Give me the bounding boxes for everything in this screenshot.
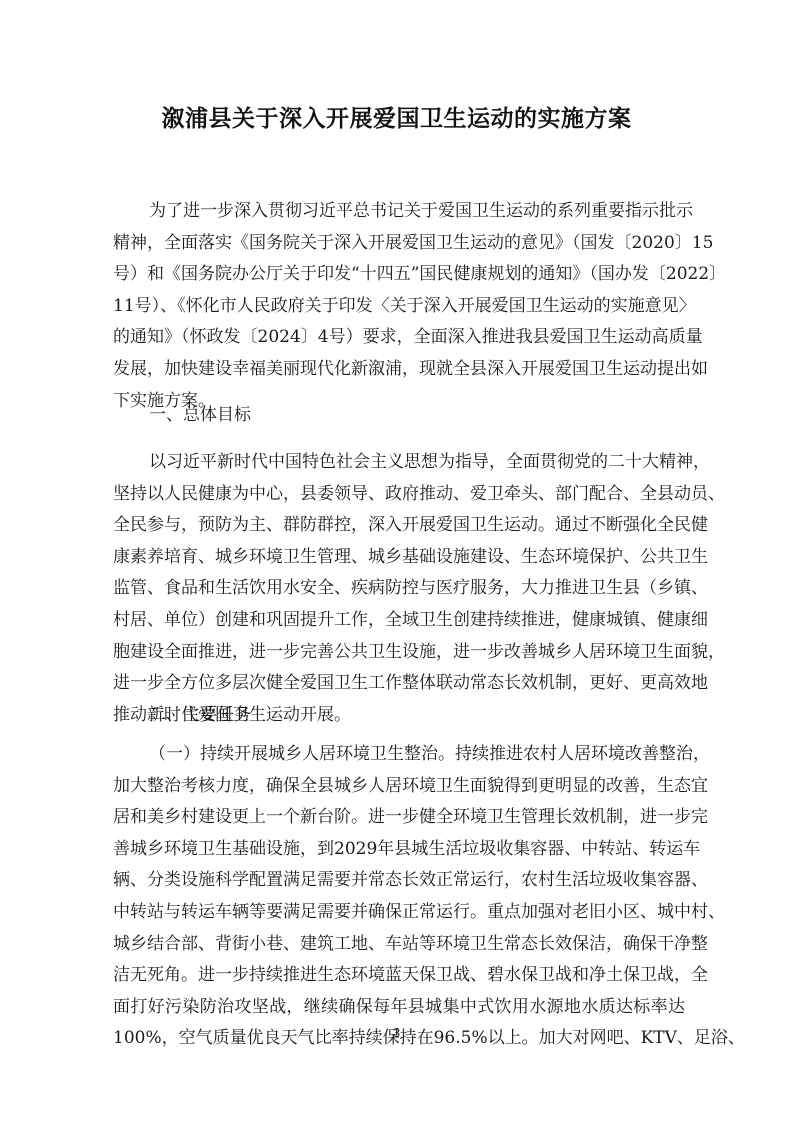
page-number: 3 — [0, 1025, 793, 1040]
paragraph-line: 面打好污染防治攻坚战，继续确保每年县城集中式饮用水源地水质达标率达 — [113, 992, 685, 1024]
document-page: 溆浦县关于深入开展爱国卫生运动的实施方案 为了进一步深入贯彻习近平总书记关于爱国… — [0, 0, 793, 1122]
document-title: 溆浦县关于深入开展爱国卫生运动的实施方案 — [0, 100, 793, 133]
paragraph-line: 康素养培育、城乡环境卫生管理、城乡基础设施建设、生态环境保护、公共卫生 — [113, 542, 685, 574]
paragraph-line: 村居、单位）创建和巩固提升工作，全域卫生创建持续推进，健康城镇、健康细 — [113, 605, 685, 637]
paragraph-line: 洁无死角。进一步持续推进生态环境蓝天保卫战、碧水保卫战和净土保卫战，全 — [113, 960, 685, 992]
paragraph-line: 监管、食品和生活饮用水安全、疾病防控与医疗服务，大力推进卫生县（乡镇、 — [113, 573, 685, 605]
section-1-paragraph: 以习近平新时代中国特色社会主义思想为指导，全面贯彻党的二十大精神， 坚持以人民健… — [113, 447, 685, 731]
paragraph-line: 胞建设全面推进，进一步完善公共卫生设施，进一步改善城乡人居环境卫生面貌， — [113, 637, 685, 669]
paragraph-line: 坚持以人民健康为中心，县委领导、政府推动、爱卫牵头、部门配合、全县动员、 — [113, 479, 685, 511]
intro-paragraph: 为了进一步深入贯彻习近平总书记关于爱国卫生运动的系列重要指示批示 精神，全面落实… — [113, 196, 685, 417]
section-2: 二、主要任务 — [113, 700, 685, 732]
paragraph-line: 为了进一步深入贯彻习近平总书记关于爱国卫生运动的系列重要指示批示 — [113, 196, 685, 228]
paragraph-line: 善城乡环境卫生基础设施，到2029年县城生活垃圾收集容器、中转站、转运车 — [113, 834, 685, 866]
paragraph-line: 11号）、《怀化市人民政府关于印发〈关于深入开展爱国卫生运动的实施意见〉 — [113, 291, 685, 323]
paragraph-line: 的通知》（怀政发〔2024〕4号）要求，全面深入推进我县爱国卫生运动高质量 — [113, 322, 685, 354]
paragraph-line: 居和美乡村建设更上一个新台阶。进一步健全环境卫生管理长效机制，进一步完 — [113, 802, 685, 834]
paragraph-line: 精神，全面落实《国务院关于深入开展爱国卫生运动的意见》（国发〔2020〕15 — [113, 228, 685, 260]
paragraph-line: （一）持续开展城乡人居环境卫生整治。持续推进农村人居环境改善整治， — [113, 739, 685, 771]
section-2-paragraph: （一）持续开展城乡人居环境卫生整治。持续推进农村人居环境改善整治， 加大整治考核… — [113, 739, 685, 1055]
section-heading: 二、主要任务 — [113, 700, 685, 732]
section-heading: 一、总体目标 — [113, 400, 685, 432]
paragraph-line: 辆、分类设施科学配置满足需要并常态长效正常运行，农村生活垃圾收集容器、 — [113, 865, 685, 897]
paragraph-line: 进一步全方位多层次健全爱国卫生工作整体联动常态长效机制，更好、更高效地 — [113, 668, 685, 700]
paragraph-line: 加大整治考核力度，确保全县城乡人居环境卫生面貌得到更明显的改善，生态宜 — [113, 771, 685, 803]
paragraph-line: 城乡结合部、背街小巷、建筑工地、车站等环境卫生常态长效保洁，确保干净整 — [113, 929, 685, 961]
paragraph-line: 发展，加快建设幸福美丽现代化新溆浦，现就全县深入开展爱国卫生运动提出如 — [113, 354, 685, 386]
section-1: 一、总体目标 — [113, 400, 685, 432]
paragraph-line: 以习近平新时代中国特色社会主义思想为指导，全面贯彻党的二十大精神， — [113, 447, 685, 479]
paragraph-line: 号）和《国务院办公厅关于印发“十四五”国民健康规划的通知》（国办发〔2022〕 — [113, 259, 685, 291]
paragraph-line: 中转站与转运车辆等要满足需要并确保正常运行。重点加强对老旧小区、城中村、 — [113, 897, 685, 929]
paragraph-line: 全民参与，预防为主、群防群控，深入开展爱国卫生运动。通过不断强化全民健 — [113, 510, 685, 542]
